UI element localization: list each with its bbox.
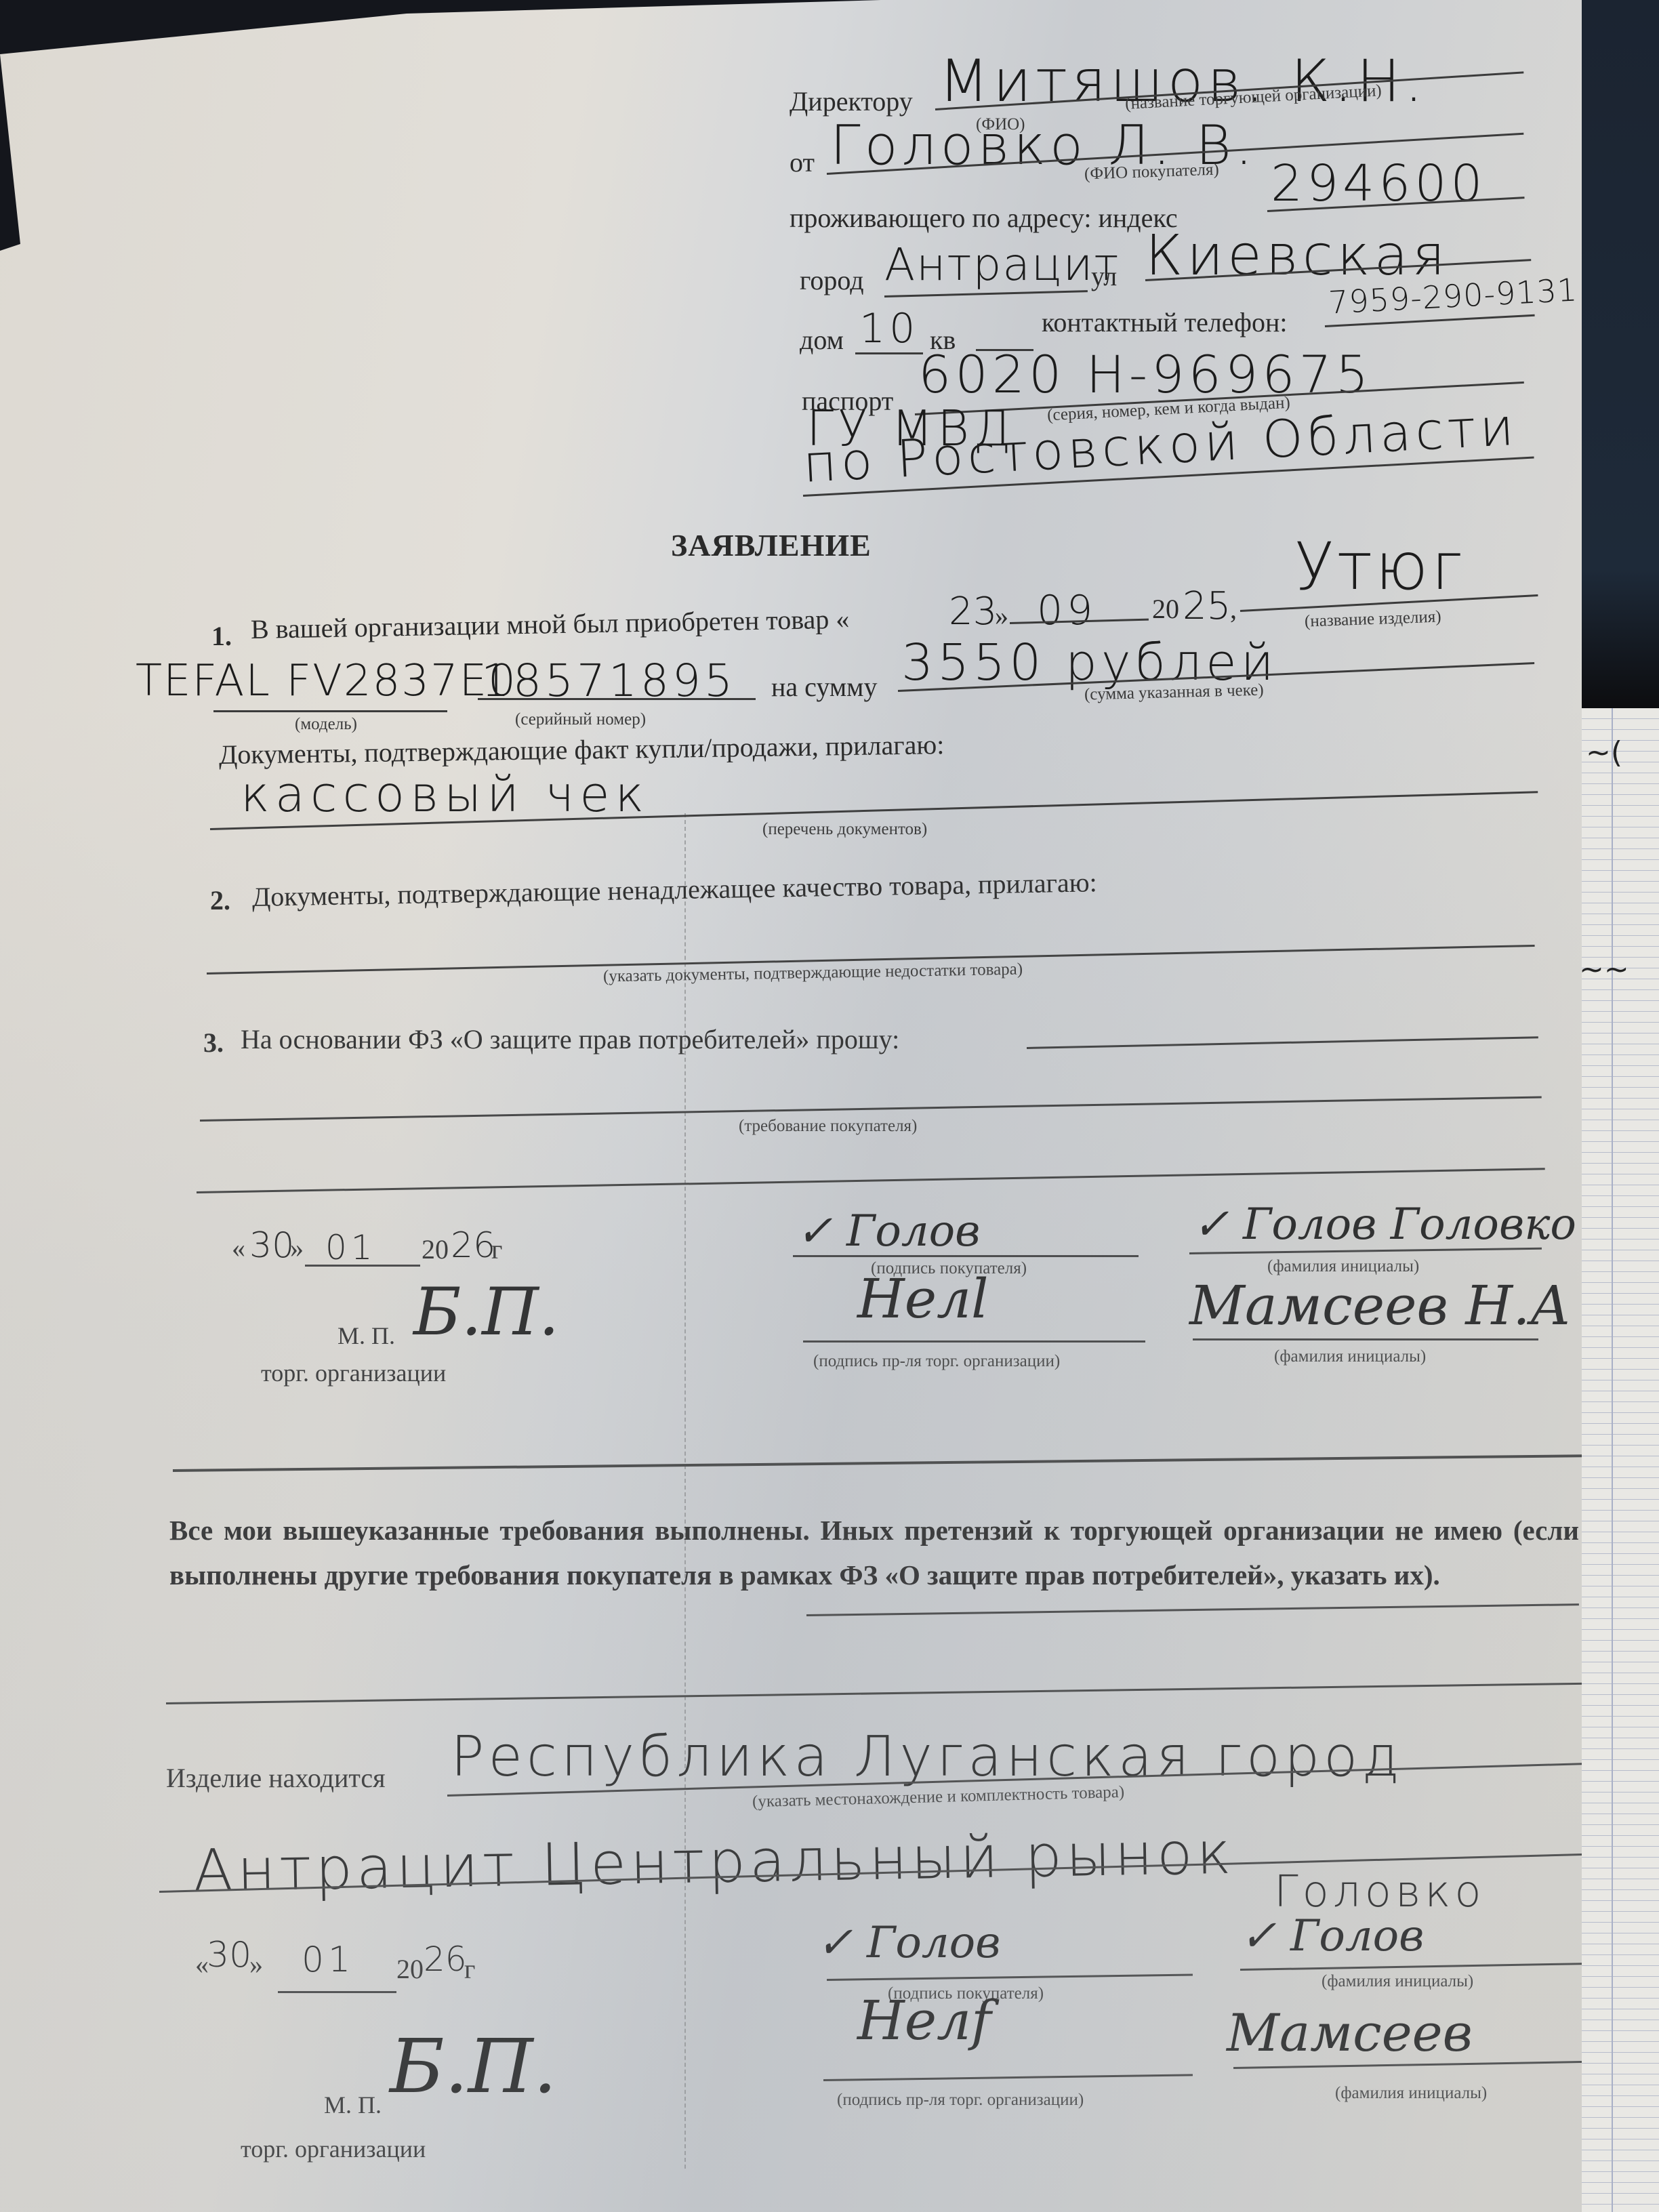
signoff2-buyer-name-top[interactable]: Головко — [1274, 1867, 1486, 1917]
demand-caption: (требование покупателя) — [739, 1117, 917, 1136]
signoff1-day-field[interactable]: 30 — [249, 1225, 294, 1266]
signoff1-seller-name[interactable]: Мамсеев Н.А — [1189, 1274, 1571, 1337]
from-caption: (ФИО покупателя) — [1084, 161, 1220, 184]
demand-field-line3[interactable] — [197, 1168, 1545, 1193]
section1-number: 1. — [211, 620, 232, 652]
signoff1-stamp-initials: Б.П. — [413, 1274, 559, 1350]
model-caption: (модель) — [295, 715, 357, 734]
passport-field[interactable]: 6020 Н-969675 — [918, 344, 1372, 405]
quote-close: » — [995, 600, 1008, 632]
sum-caption: (сумма указанная в чеке) — [1084, 681, 1264, 705]
signoff1-buyer-sig-line — [793, 1255, 1139, 1257]
claim-form-sheet: Директору Митяшов. К.Н. (ФИО) (название … — [0, 0, 1582, 2212]
demand-field-line1[interactable] — [1027, 1036, 1538, 1049]
closing-statement: Все мои вышеуказанные требования выполне… — [169, 1508, 1579, 1597]
city-underline — [884, 290, 1088, 298]
house-label: дом — [800, 324, 844, 356]
signoff2-stamp-initials: Б.П. — [390, 2023, 557, 2110]
signoff2-buyer-sig-line — [827, 1973, 1193, 1981]
signoff1-buyer-name[interactable]: ✓ Голов Головко — [1193, 1200, 1576, 1250]
director-label: Директору — [790, 85, 913, 117]
signoff1-seller-signature[interactable]: Нелl — [857, 1267, 989, 1330]
closing-field-line2[interactable] — [166, 1683, 1582, 1704]
model-underline — [213, 710, 447, 712]
signoff2-seller-sig-line — [823, 2074, 1193, 2081]
house-field[interactable]: 10 — [859, 305, 919, 352]
signoff1-seller-name-line — [1193, 1338, 1538, 1340]
fold-mark — [684, 813, 686, 2169]
item-name-field[interactable]: Утюг — [1294, 529, 1465, 605]
purchase-month-field[interactable]: 09 — [1037, 587, 1097, 634]
purchase-docs-field[interactable]: кассовый чек — [241, 766, 649, 823]
date1-close: » — [290, 1232, 304, 1264]
signoff1-month-field[interactable]: 01 — [325, 1228, 377, 1267]
signoff2-seller-name-caption: (фамилия инициалы) — [1335, 2084, 1487, 2103]
address-label: проживающего по адресу: индекс — [790, 202, 1178, 234]
house-underline — [855, 352, 923, 354]
date2-close: » — [249, 1948, 263, 1980]
purchase-docs-label: Документы, подтверждающие факт купли/про… — [219, 729, 945, 771]
phone-label: контактный телефон: — [1042, 306, 1287, 338]
signoff2-month-underline — [278, 1991, 396, 1993]
location-label: Изделие находится — [166, 1762, 386, 1794]
item-caption: (название изделия) — [1305, 607, 1442, 631]
serial-underline — [478, 698, 756, 700]
date1-open: « — [232, 1232, 245, 1264]
signoff2-stamp-label: М. П. — [324, 2091, 382, 2119]
graph-paper-scribble: ~~ — [1579, 952, 1629, 987]
comma: , — [1230, 593, 1237, 625]
background-desk — [1579, 0, 1659, 712]
sum-label: на сумму — [771, 671, 877, 703]
signoff1-stamp-label: М. П. — [337, 1322, 395, 1350]
signoff1-stamp-sub: торг. организации — [261, 1359, 446, 1387]
street-label: ул — [1091, 260, 1117, 292]
from-label: от — [790, 146, 815, 178]
signoff2-year-field[interactable]: 26 — [424, 1940, 467, 1979]
signoff2-stamp-sub: торг. организации — [241, 2135, 426, 2163]
location-field-line2[interactable]: Антрацит Центральный рынок — [192, 1820, 1235, 1906]
year-prefix: 20 — [1152, 593, 1179, 625]
signoff2-year-g: г — [464, 1953, 475, 1985]
location-field-line1[interactable]: Республика Луганская город — [451, 1725, 1404, 1789]
model-field[interactable]: TEFAL FV2837E0 — [136, 656, 517, 706]
form-heading: ЗАЯВЛЕНИЕ — [671, 527, 872, 563]
city-label: город — [800, 264, 864, 296]
signoff1-year-field[interactable]: 26 — [451, 1225, 495, 1266]
section1-text: В вашей организации мной был приобретен … — [251, 603, 850, 645]
signoff1-year-g: г — [491, 1233, 502, 1265]
closing-field-line1[interactable] — [806, 1603, 1579, 1616]
city-field[interactable]: Антрацит — [884, 239, 1120, 291]
signoff2-year-prefix: 20 — [396, 1953, 424, 1985]
signoff1-buyer-signature[interactable]: ✓ Голов — [796, 1206, 980, 1256]
signoff2-seller-signature[interactable]: Нелf — [857, 1989, 991, 2052]
signoff1-month-underline — [305, 1265, 420, 1267]
serial-caption: (серийный номер) — [515, 710, 646, 729]
section3-text: На основании ФЗ «О защите прав потребите… — [241, 1023, 899, 1055]
signoff2-buyer-name[interactable]: ✓ Голов — [1240, 1911, 1424, 1961]
graph-paper-scribble: ~( — [1586, 735, 1622, 770]
purchase-docs-caption: (перечень документов) — [762, 820, 927, 839]
signoff1-year-prefix: 20 — [422, 1233, 449, 1265]
signoff1-buyer-name-caption: (фамилия инициалы) — [1267, 1257, 1419, 1276]
section3-number: 3. — [203, 1027, 224, 1059]
section2-number: 2. — [210, 884, 230, 916]
signoff2-month-field[interactable]: 01 — [302, 1940, 354, 1980]
signoff1-seller-name-caption: (фамилия инициалы) — [1274, 1347, 1426, 1366]
purchase-day-field[interactable]: 23 — [949, 590, 997, 634]
signoff1-seller-sig-line — [803, 1340, 1145, 1343]
signoff2-buyer-name-caption: (фамилия инициалы) — [1322, 1972, 1473, 1991]
signoff2-seller-name[interactable]: Мамсеев — [1227, 2003, 1473, 2063]
signoff1-seller-sig-caption: (подпись пр-ля торг. организации) — [813, 1352, 1060, 1371]
section2-text: Документы, подтверждающие ненадлежащее к… — [252, 866, 1097, 913]
signoff2-day-field[interactable]: 30 — [207, 1935, 251, 1975]
signoff2-seller-sig-caption: (подпись пр-ля торг. организации) — [837, 2091, 1084, 2110]
section-divider — [173, 1454, 1582, 1472]
graph-paper-sheet: ~( ~~ — [1579, 708, 1659, 2212]
purchase-year-field[interactable]: 25 — [1183, 584, 1231, 628]
signoff2-buyer-name-line — [1240, 1962, 1626, 1971]
signoff2-buyer-signature[interactable]: ✓ Голов — [817, 1918, 1000, 1968]
